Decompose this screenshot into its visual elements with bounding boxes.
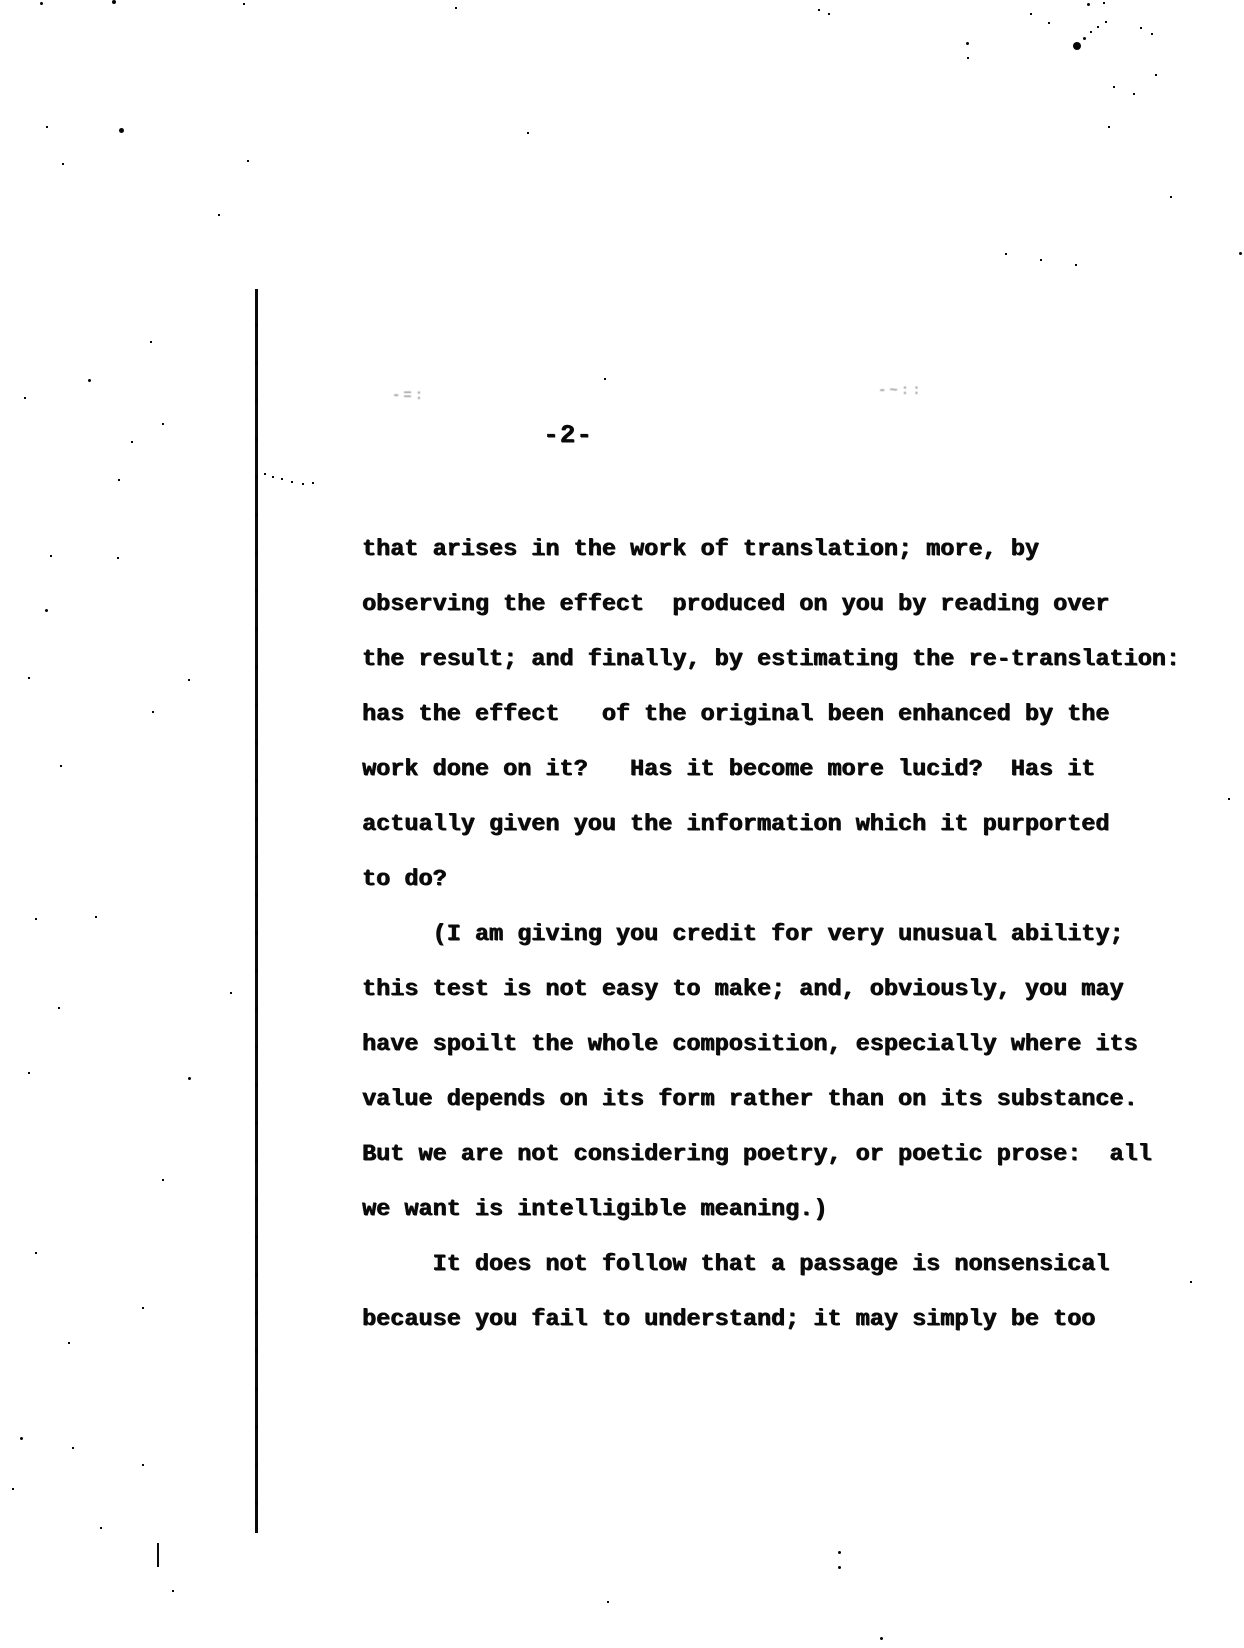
text-line: that arises in the work of translation; … [362, 522, 1202, 577]
text-line: the result; and finally, by estimating t… [362, 632, 1202, 687]
noise-speck [1170, 196, 1172, 198]
noise-speck [28, 1072, 30, 1074]
noise-speck [1103, 2, 1105, 4]
noise-speck [50, 555, 52, 557]
noise-speck [230, 992, 232, 994]
noise-speck [1090, 31, 1092, 33]
noise-speck [142, 1464, 144, 1466]
noise-speck [58, 1007, 60, 1009]
text-line: have spoilt the whole composition, espec… [362, 1017, 1202, 1072]
text-line: But we are not considering poetry, or po… [362, 1127, 1202, 1182]
noise-speck [72, 1447, 74, 1449]
noise-speck [1083, 37, 1086, 40]
noise-speck [1048, 22, 1050, 24]
noise-speck [281, 478, 283, 480]
noise-speck [247, 160, 249, 162]
text-line: this test is not easy to make; and, obvi… [362, 962, 1202, 1017]
scan-tick-mark [157, 1543, 159, 1567]
noise-speck [607, 1601, 609, 1603]
noise-speck [68, 1342, 70, 1344]
left-margin-rule [255, 289, 258, 1533]
noise-speck [24, 397, 26, 399]
noise-speck [45, 609, 48, 612]
noise-speck [880, 1637, 883, 1640]
scan-smudge-right: -~:: [878, 383, 924, 399]
text-line: (I am giving you credit for very unusual… [362, 907, 1202, 962]
noise-speck [150, 341, 152, 343]
noise-speck [188, 679, 190, 681]
noise-speck [1073, 42, 1081, 50]
noise-speck [118, 479, 120, 481]
noise-speck [828, 13, 830, 15]
text-line: actually given you the information which… [362, 797, 1202, 852]
noise-speck [291, 481, 293, 483]
noise-speck [1228, 798, 1230, 800]
noise-speck [40, 2, 43, 5]
text-line: observing the effect produced on you by … [362, 577, 1202, 632]
noise-speck [172, 1590, 174, 1592]
noise-speck [243, 3, 245, 5]
noise-speck [302, 483, 304, 485]
typewritten-text-block: that arises in the work of translation; … [362, 522, 1202, 1347]
noise-speck [966, 42, 969, 45]
noise-speck [818, 9, 820, 11]
noise-speck [162, 423, 164, 425]
noise-speck [95, 916, 97, 918]
noise-speck [46, 126, 48, 128]
text-line: we want is intelligible meaning.) [362, 1182, 1202, 1237]
noise-speck [35, 1252, 37, 1254]
noise-speck [1030, 13, 1032, 15]
scan-smudge-left: -=: [392, 388, 426, 404]
text-line: because you fail to understand; it may s… [362, 1292, 1202, 1347]
text-line: It does not follow that a passage is non… [362, 1237, 1202, 1292]
noise-speck [152, 711, 154, 713]
noise-speck [1140, 27, 1142, 29]
noise-speck [28, 677, 30, 679]
noise-speck [264, 473, 266, 475]
text-line: has the effect of the original been enha… [362, 687, 1202, 742]
text-line: to do? [362, 852, 1202, 907]
noise-speck [1113, 86, 1115, 88]
noise-speck [1075, 264, 1077, 266]
noise-speck [60, 765, 62, 767]
text-line: value depends on its form rather than on… [362, 1072, 1202, 1127]
noise-speck [1087, 3, 1090, 6]
noise-speck [1040, 259, 1042, 261]
noise-speck [162, 1179, 164, 1181]
noise-speck [838, 1551, 841, 1554]
noise-speck [35, 918, 37, 920]
noise-speck [112, 0, 116, 4]
noise-speck [967, 57, 969, 59]
noise-speck [188, 1077, 191, 1080]
noise-speck [117, 557, 119, 559]
noise-speck [218, 214, 220, 216]
scanned-document-page: -=: -~:: -2- that arises in the work of … [0, 0, 1244, 1648]
noise-speck [838, 1566, 841, 1569]
noise-speck [455, 7, 457, 9]
noise-speck [527, 132, 529, 134]
noise-speck [1097, 26, 1099, 28]
noise-speck [1151, 33, 1153, 35]
noise-speck [1155, 74, 1157, 76]
noise-speck [1239, 252, 1242, 255]
noise-speck [1190, 1281, 1192, 1283]
noise-speck [119, 128, 124, 133]
noise-speck [604, 378, 606, 380]
noise-speck [1133, 93, 1135, 95]
noise-speck [312, 482, 314, 484]
noise-speck [272, 476, 274, 478]
noise-speck [20, 1437, 23, 1440]
text-line: work done on it? Has it become more luci… [362, 742, 1202, 797]
page-number: -2- [543, 420, 593, 450]
noise-speck [88, 379, 91, 382]
noise-speck [142, 1307, 144, 1309]
noise-speck [100, 1527, 102, 1529]
noise-speck [12, 1488, 14, 1490]
noise-speck [131, 441, 133, 443]
noise-speck [62, 163, 64, 165]
noise-speck [1005, 253, 1007, 255]
noise-speck [1105, 21, 1107, 23]
noise-speck [1108, 126, 1110, 128]
